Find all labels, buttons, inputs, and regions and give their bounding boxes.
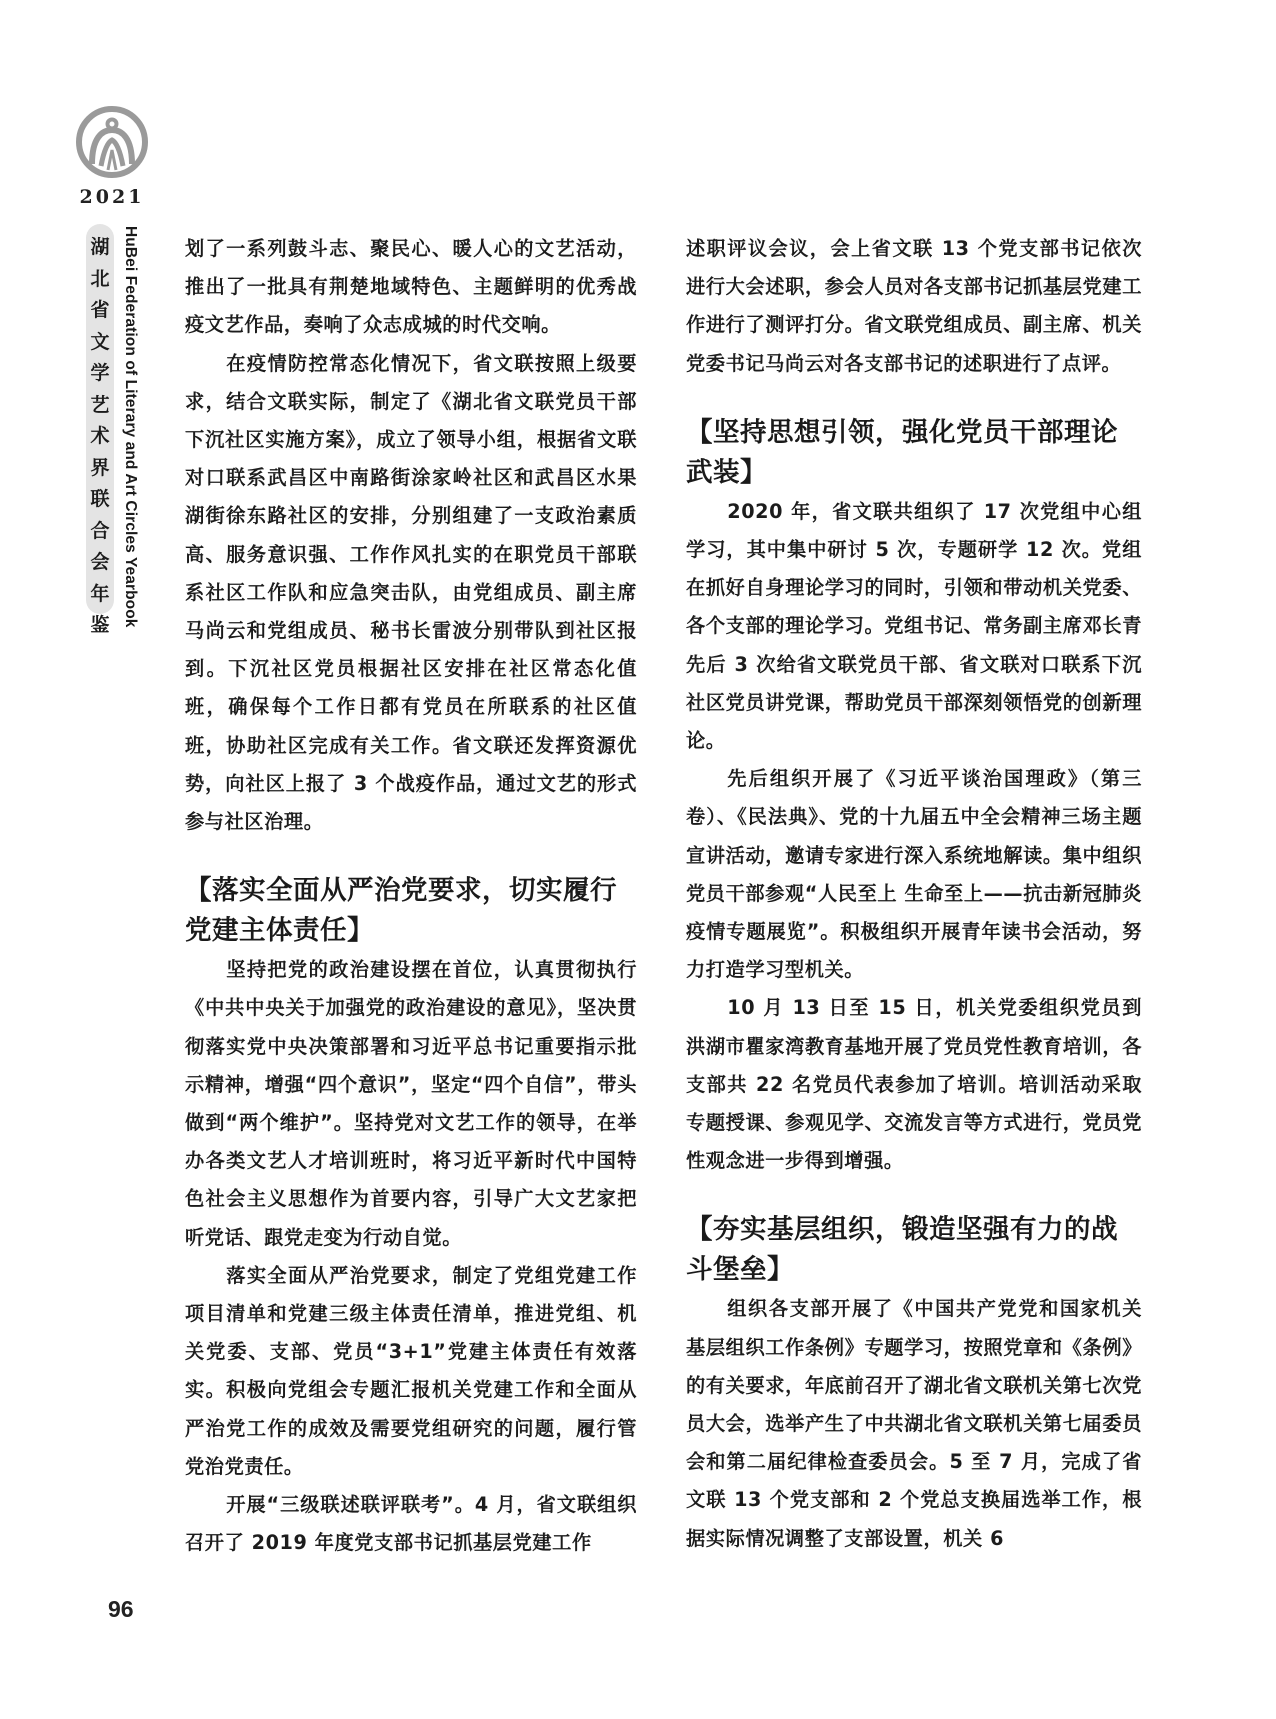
side-title-char: 术 — [90, 421, 109, 453]
side-title-char: 省 — [90, 295, 109, 327]
right-column: 述职评议会议，会上省文联 13 个党支部书记依次进行大会述职，参会人员对各支部书… — [686, 230, 1142, 1558]
side-title-char: 界 — [90, 453, 109, 485]
yearbook-emblem-icon — [74, 104, 150, 180]
section-heading: 【坚持思想引领，强化党员干部理论武装】 — [686, 413, 1142, 493]
side-title-char: 年 — [90, 579, 109, 611]
paragraph: 组织各支部开展了《中国共产党党和国家机关基层组织工作条例》专题学习，按照党章和《… — [686, 1290, 1142, 1557]
section-heading: 【落实全面从严治党要求，切实履行党建主体责任】 — [185, 871, 637, 951]
side-title-char: 湖 — [90, 232, 109, 264]
page-number: 96 — [108, 1596, 134, 1623]
paragraph: 在疫情防控常态化情况下，省文联按照上级要求，结合文联实际，制定了《湖北省文联党员… — [185, 345, 637, 842]
side-title-char: 联 — [90, 484, 109, 516]
side-title-char: 文 — [90, 327, 109, 359]
yearbook-year: 2021 — [70, 186, 154, 208]
side-title-english-text: HuBei Federation of Literary and Art Cir… — [121, 226, 139, 628]
side-title-char: 会 — [90, 547, 109, 579]
side-title-english: HuBei Federation of Literary and Art Cir… — [121, 226, 141, 616]
side-title-char: 合 — [90, 516, 109, 548]
side-title-chinese: 湖 北 省 文 学 艺 术 界 联 合 会 年 鉴 — [86, 232, 114, 642]
paragraph: 10 月 13 日至 15 日，机关党委组织党员到洪湖市瞿家湾教育基地开展了党员… — [686, 989, 1142, 1180]
paragraph: 坚持把党的政治建设摆在首位，认真贯彻执行《中共中央关于加强党的政治建设的意见》，… — [185, 951, 637, 1257]
left-column: 划了一系列鼓斗志、聚民心、暖人心的文艺活动，推出了一批具有荆楚地域特色、主题鲜明… — [185, 230, 637, 1563]
paragraph: 落实全面从严治党要求，制定了党组党建工作项目清单和党建三级主体责任清单，推进党组… — [185, 1257, 637, 1486]
paragraph: 开展“三级联述联评联考”。4 月，省文联组织召开了 2019 年度党支部书记抓基… — [185, 1486, 637, 1562]
paragraph: 先后组织开展了《习近平谈治国理政》（第三卷）、《民法典》、党的十九届五中全会精神… — [686, 760, 1142, 989]
side-title-char: 艺 — [90, 390, 109, 422]
section-heading: 【夯实基层组织，锻造坚强有力的战斗堡垒】 — [686, 1210, 1142, 1290]
paragraph: 划了一系列鼓斗志、聚民心、暖人心的文艺活动，推出了一批具有荆楚地域特色、主题鲜明… — [185, 230, 637, 345]
side-title-char: 北 — [90, 264, 109, 296]
side-title-char: 学 — [90, 358, 109, 390]
paragraph: 述职评议会议，会上省文联 13 个党支部书记依次进行大会述职，参会人员对各支部书… — [686, 230, 1142, 383]
paragraph: 2020 年，省文联共组织了 17 次党组中心组学习，其中集中研讨 5 次，专题… — [686, 493, 1142, 760]
side-title-char: 鉴 — [90, 610, 109, 642]
